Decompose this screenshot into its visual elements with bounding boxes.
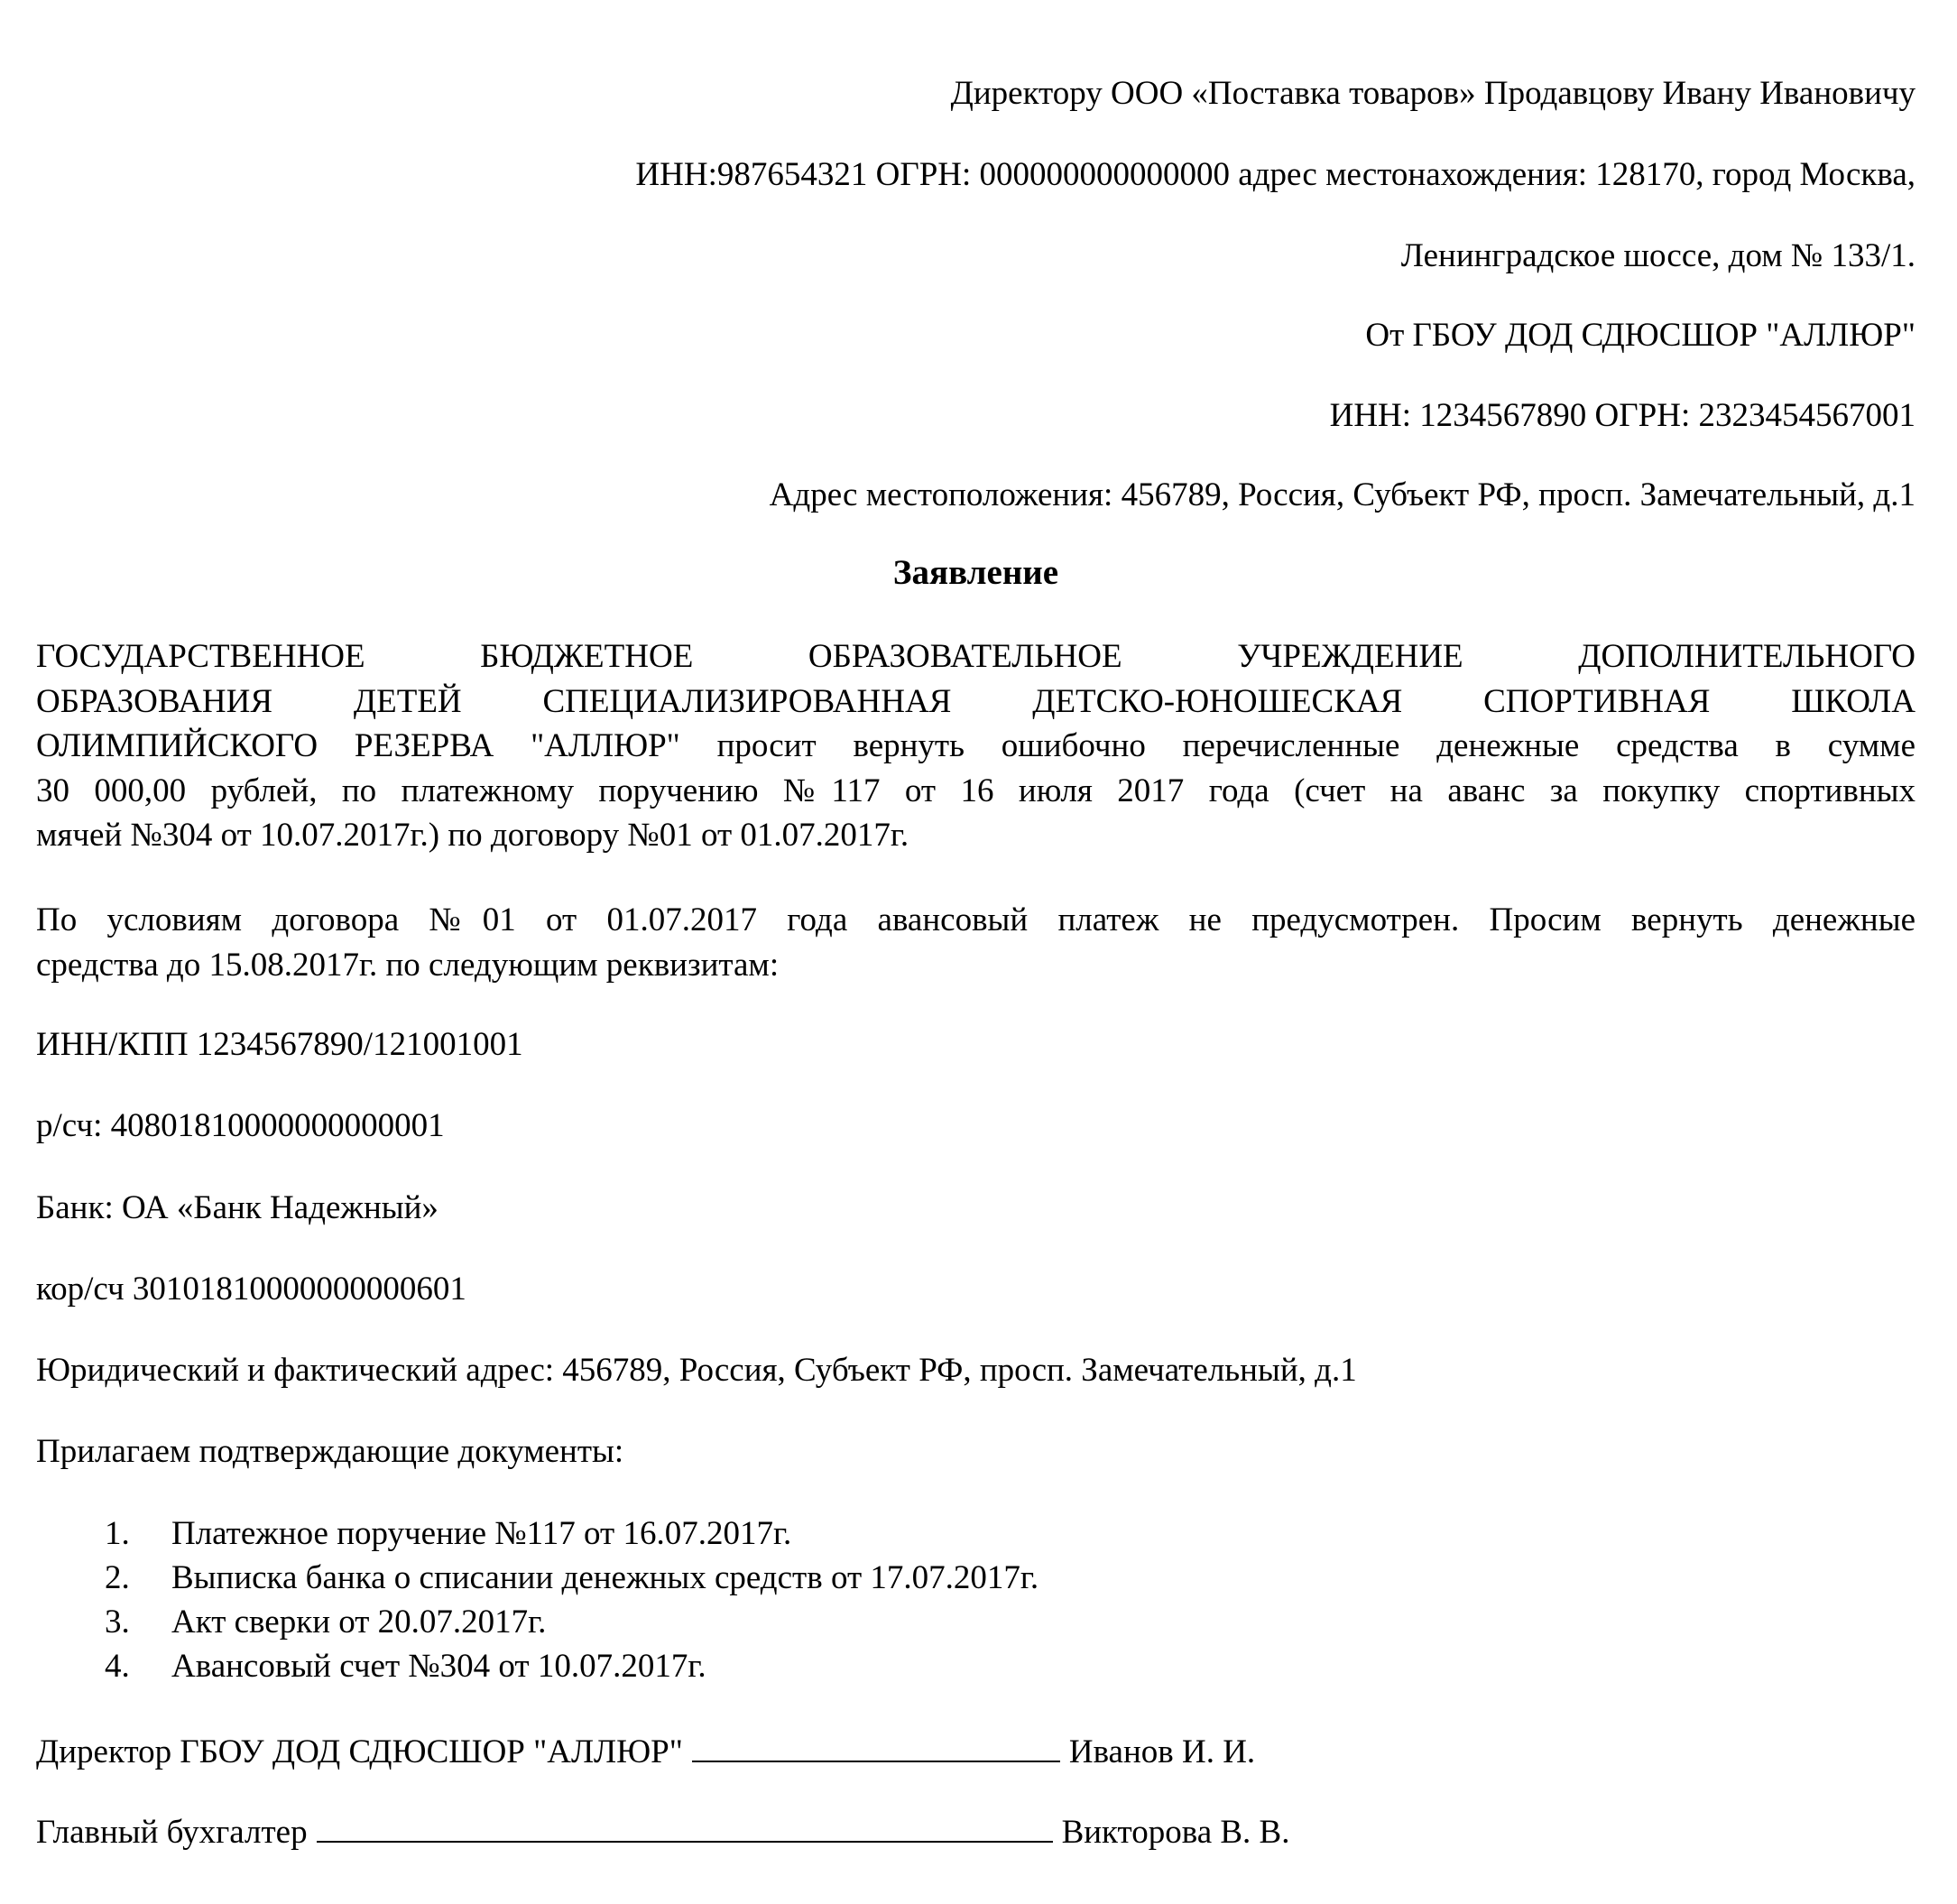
signature-line [692,1730,1060,1762]
attachment-number: 3. [105,1600,130,1644]
signature-name: Викторова В. В. [1062,1814,1290,1851]
attachment-text: Авансовый счет №304 от 10.07.2017г. [171,1648,706,1685]
signature-name: Иванов И. И. [1069,1733,1255,1770]
requisite-bank: Банк: ОА «Банк Надежный» [36,1188,438,1228]
signature-role: Директор ГБОУ ДОД СДЮСШОР "АЛЛЮР" [36,1733,683,1770]
paragraph-request: ГОСУДАРСТВЕННОЕ БЮДЖЕТНОЕ ОБРАЗОВАТЕЛЬНО… [36,634,1915,858]
signature-line [317,1810,1053,1843]
paragraph-line: По условиям договора №01 от 01.07.2017 г… [36,898,1915,943]
attachment-item: 3. Акт сверки от 20.07.2017г. [36,1600,1039,1644]
paragraph-line: ОБРАЗОВАНИЯ ДЕТЕЙ СПЕЦИАЛИЗИРОВАННАЯ ДЕТ… [36,679,1915,725]
addressee-line: Директору ООО «Поставка товаров» Продавц… [951,74,1915,114]
sender-address: Адрес местоположения: 456789, Россия, Су… [770,476,1915,515]
paragraph-line: 30 000,00 рублей, по платежному поручени… [36,769,1915,814]
attachment-number: 1. [105,1511,130,1556]
signature-accountant: Главный бухгалтерВикторова В. В. [36,1810,1290,1853]
attachment-item: 4. Авансовый счет №304 от 10.07.2017г. [36,1644,1039,1688]
paragraph-line: ГОСУДАРСТВЕННОЕ БЮДЖЕТНОЕ ОБРАЗОВАТЕЛЬНО… [36,634,1915,679]
attachment-number: 4. [105,1644,130,1688]
attachment-item: 2. Выписка банка о списании денежных сре… [36,1556,1039,1600]
attachment-text: Платежное поручение №117 от 16.07.2017г. [171,1515,791,1552]
requisite-address: Юридический и фактический адрес: 456789,… [36,1351,1357,1391]
attachment-text: Акт сверки от 20.07.2017г. [171,1604,546,1641]
document-title: Заявление [36,552,1915,594]
signature-director: Директор ГБОУ ДОД СДЮСШОР "АЛЛЮР"Иванов … [36,1730,1255,1772]
requisite-inn-kpp: ИНН/КПП 1234567890/121001001 [36,1025,523,1065]
attachments-list: 1. Платежное поручение №117 от 16.07.201… [36,1511,1039,1688]
sender-ids: ИНН: 1234567890 ОГРН: 2323454567001 [1330,396,1915,436]
paragraph-line: средства до 15.08.2017г. по следующим ре… [36,943,1915,988]
sender-line: От ГБОУ ДОД СДЮСШОР "АЛЛЮР" [1365,316,1915,356]
paragraph-terms: По условиям договора №01 от 01.07.2017 г… [36,898,1915,987]
paragraph-line: ОЛИМПИЙСКОГО РЕЗЕРВА "АЛЛЮР" просит верн… [36,724,1915,769]
signature-role: Главный бухгалтер [36,1814,308,1851]
paragraph-line: мячей №304 от 10.07.2017г.) по договору … [36,813,1915,858]
attachment-number: 2. [105,1556,130,1600]
attachment-item: 1. Платежное поручение №117 от 16.07.201… [36,1511,1039,1556]
addressee-details-line-2: Ленинградское шоссе, дом № 133/1. [1401,236,1915,276]
attachment-text: Выписка банка о списании денежных средст… [171,1559,1039,1596]
requisite-account: р/сч: 40801810000000000001 [36,1106,445,1146]
addressee-details-line-1: ИНН:987654321 ОГРН: 000000000000000 адре… [635,155,1915,195]
requisite-corr-account: кор/сч 30101810000000000601 [36,1270,466,1309]
attachments-intro: Прилагаем подтверждающие документы: [36,1432,623,1472]
